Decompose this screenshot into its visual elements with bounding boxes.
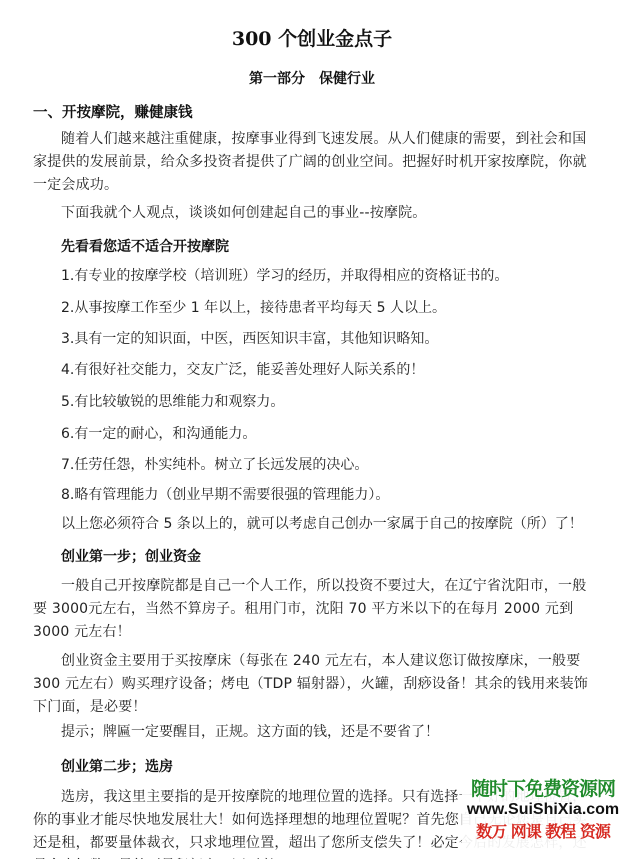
watermark-url: www.SuiShiXia.com: [462, 800, 624, 820]
checklist-item: 8.略有管理能力（创业早期不需要很强的管理能力）。: [61, 485, 389, 505]
checklist-item: 7.任劳任怨，朴实纯朴。树立了长远发展的决心。: [61, 455, 368, 475]
step1-heading: 创业第一步；创业资金: [61, 546, 201, 566]
watermark-line3: 数万 网课 教程 资源: [462, 820, 624, 844]
checklist-conclusion: 以上您必须符合 5 条以上的，就可以考虑自己创办一家属于自己的按摩院（所）了！: [61, 514, 583, 534]
document-title: 300 个创业金点子: [0, 24, 624, 51]
watermark: 随时下免费资源网 www.SuiShiXia.com 数万 网课 教程 资源: [462, 770, 624, 859]
step1-tip: 提示；牌匾一定要醒目，正规。这方面的钱，还是不要省了！: [61, 722, 439, 742]
checklist-item: 6.有一定的耐心，和沟通能力。: [61, 424, 256, 444]
intro-paragraph: 随着人们越来越注重健康，按摩事业得到飞速发展。从人们健康的需要，到社会和国家提供…: [33, 128, 593, 197]
step1-paragraph-1: 一般自己开按摩院都是自己一个人工作，所以投资不要过大，在辽宁省沈阳市，一般要 3…: [33, 575, 593, 644]
checklist-heading: 先看看您适不适合开按摩院: [61, 236, 229, 256]
checklist-item: 3.具有一定的知识面，中医，西医知识丰富，其他知识略知。: [61, 329, 438, 349]
step2-heading: 创业第二步；选房: [61, 756, 173, 776]
checklist-item: 5.有比较敏锐的思维能力和观察力。: [61, 392, 284, 412]
document-page: 300 个创业金点子 第一部分 保健行业 一、开按摩院，赚健康钱 随着人们越来越…: [0, 0, 624, 859]
intro-paragraph-2: 下面我就个人观点，谈谈如何创建起自己的事业--按摩院。: [33, 202, 593, 225]
checklist-item: 1.有专业的按摩学校（培训班）学习的经历，并取得相应的资格证书的。: [61, 266, 508, 286]
section-heading: 一、开按摩院，赚健康钱: [33, 101, 193, 122]
checklist-item: 2.从事按摩工作至少 1 年以上，接待患者平均每天 5 人以上。: [61, 298, 446, 318]
part-title: 第一部分 保健行业: [0, 68, 624, 88]
step1-paragraph-2: 创业资金主要用于买按摩床（每张在 240 元左右，本人建议您订做按摩床，一般要 …: [33, 650, 593, 719]
watermark-line1: 随时下免费资源网: [462, 778, 624, 800]
checklist-item: 4.有很好社交能力，交友广泛，能妥善处理好人际关系的！: [61, 360, 424, 380]
